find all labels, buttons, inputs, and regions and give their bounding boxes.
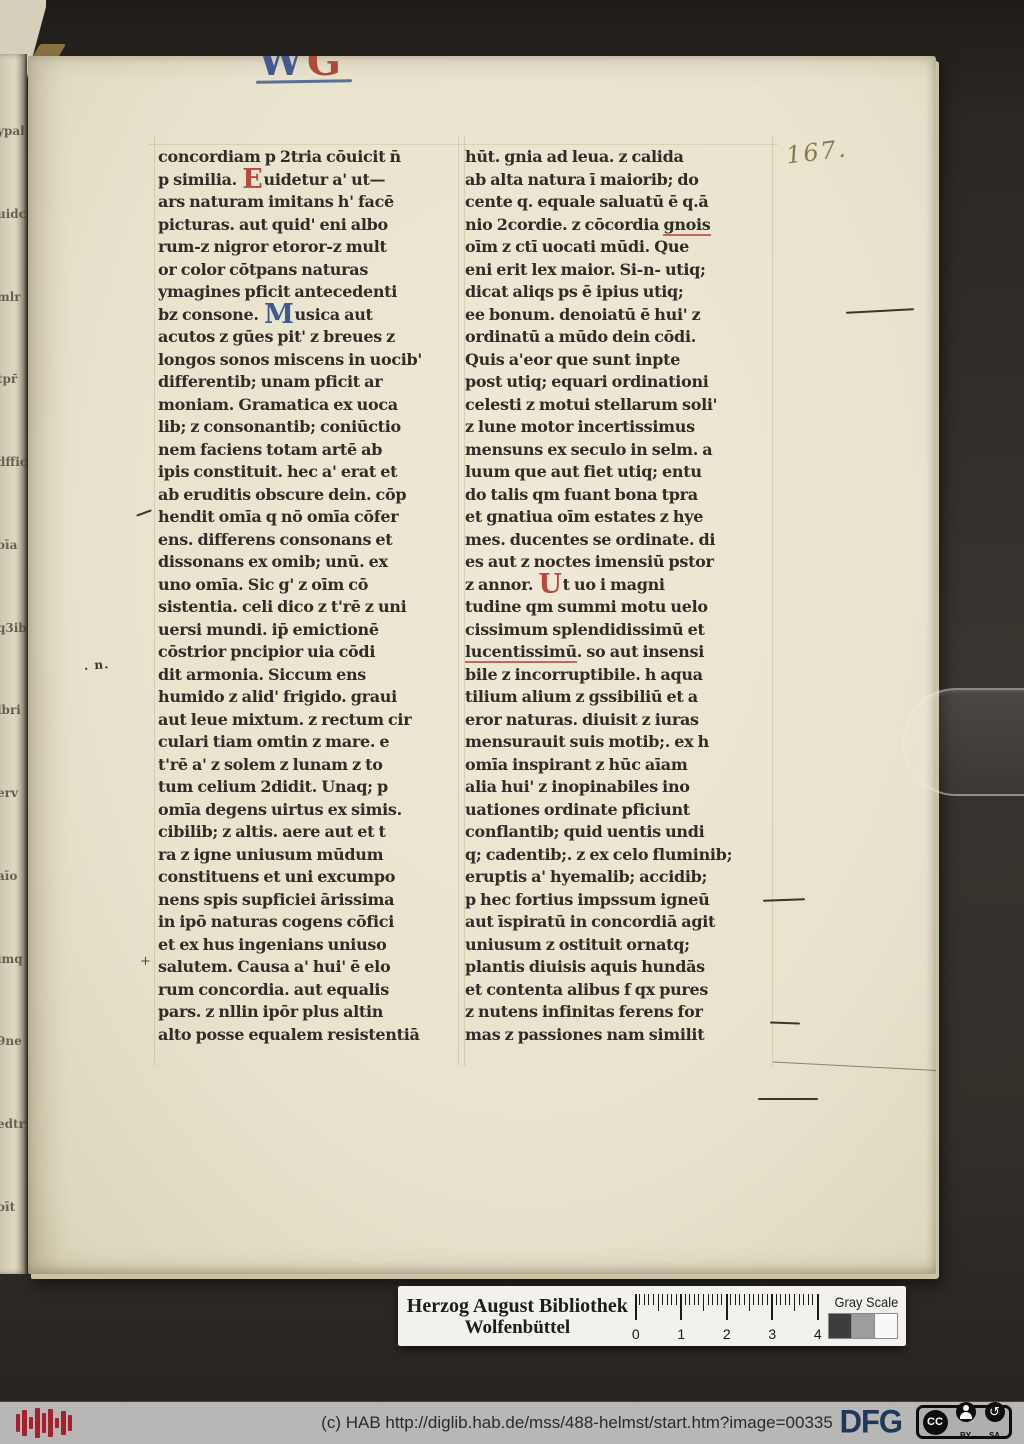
manuscript-text-line: lib; z consonantib; coniūctio bbox=[158, 416, 458, 439]
text-segment: concordiam p 2tria cōuicit n̄ bbox=[158, 147, 401, 166]
edge-text-fragment: oīt bbox=[0, 1200, 21, 1214]
manuscript-text-line: tudine qm summi motu uelo bbox=[465, 596, 769, 619]
ruler-tick bbox=[794, 1294, 795, 1311]
text-segment: cente q. equale saluatū ē q.ā bbox=[465, 192, 708, 211]
margin-mark bbox=[136, 509, 152, 516]
ruler-tick bbox=[639, 1294, 640, 1305]
manuscript-text-line: sistentia. celi dico z t'rē z uni bbox=[158, 596, 458, 619]
digitized-manuscript-photo: ypaluidcmlrtpr̄dfficloīaq3iblbriervaīoim… bbox=[0, 0, 1024, 1444]
ruler-tick bbox=[676, 1294, 677, 1305]
manuscript-page: WG 167. . n. concordiam p 2tria cōuicit … bbox=[28, 56, 936, 1274]
manuscript-text-line: rum-z nigror etoror-z mult bbox=[158, 236, 458, 259]
text-segment: p hec fortius impssum igneū bbox=[465, 890, 710, 909]
text-segment: t'rē a' z solem z lunam z to bbox=[158, 755, 383, 774]
text-segment: mensuns ex seculo in selm. a bbox=[465, 440, 712, 459]
text-segment: ee bonum. denoiatū ē hui' z bbox=[465, 305, 700, 324]
margin-mark bbox=[763, 898, 805, 901]
manuscript-text-line: mes. ducentes se ordinate. di bbox=[465, 529, 769, 552]
text-segment: ra z igne uniusum mūdum bbox=[158, 845, 383, 864]
manuscript-text-line: uno omīa. Sic g' z oīm cō bbox=[158, 574, 458, 597]
ruler-tick bbox=[689, 1294, 690, 1305]
edge-text-fragment: lbri bbox=[0, 703, 21, 717]
manuscript-text-line: in ipō naturas cogens cōfici bbox=[158, 911, 458, 934]
text-segment: et gnatiua oīm estates z hye bbox=[465, 507, 703, 526]
text-segment: luum que aut fiet utiq; entu bbox=[465, 462, 702, 481]
manuscript-text-line: hendit omīa q nō omīa cōfer bbox=[158, 506, 458, 529]
text-segment: do talis qm fuant bona tpra bbox=[465, 485, 698, 504]
gray-scale-swatch bbox=[874, 1313, 898, 1339]
edge-text-fragment: q3ib bbox=[0, 621, 21, 635]
manuscript-text-line: alto posse equalem resistentiā bbox=[158, 1024, 458, 1047]
ruler-number: 4 bbox=[814, 1326, 822, 1342]
text-segment: z annor. bbox=[465, 575, 537, 594]
manuscript-text-line: p hec fortius impssum igneū bbox=[465, 889, 769, 912]
gray-scale-label: Gray Scale bbox=[834, 1294, 898, 1310]
manuscript-text-line: bz consone. Musica aut bbox=[158, 304, 458, 327]
manuscript-text-line: z lune motor incertissimus bbox=[465, 416, 769, 439]
text-segment: mensurauit suis motib;. ex h bbox=[465, 732, 709, 751]
ruler-tick bbox=[785, 1294, 786, 1305]
manuscript-text-line: culari tiam omtin z mare. e bbox=[158, 731, 458, 754]
manuscript-text-line: dicat aliqs ps ē ipius utiq; bbox=[465, 281, 769, 304]
scale-card: Herzog August Bibliothek Wolfenbüttel 01… bbox=[398, 1286, 906, 1346]
ruler-tick bbox=[653, 1294, 654, 1305]
manuscript-text-line: ordinatū a mūdo dein cōdi. bbox=[465, 326, 769, 349]
manuscript-text-line: or color cōtpans naturas bbox=[158, 259, 458, 282]
ruling-line bbox=[772, 136, 773, 1066]
edge-text-fragment: uidc bbox=[0, 207, 21, 221]
cc-sa-sharealike: ↺ SA bbox=[984, 1405, 1006, 1439]
text-segment: lucentissimū bbox=[465, 642, 577, 663]
text-segment: rum concordia. aut equalis bbox=[158, 980, 389, 999]
gray-scale-swatch bbox=[828, 1313, 852, 1339]
ruler-tick bbox=[739, 1294, 740, 1305]
manuscript-text-line: oīm z ctī uocati mūdi. Que bbox=[465, 236, 769, 259]
text-segment: ens. differens consonans et bbox=[158, 530, 392, 549]
margin-mark: + bbox=[140, 954, 151, 969]
edge-text-fragment: imq bbox=[0, 952, 21, 966]
text-segment: et contenta alibus f qx pures bbox=[465, 980, 708, 999]
text-segment: tilium alium z gssibiliū et a bbox=[465, 687, 698, 706]
text-segment: alto posse equalem resistentiā bbox=[158, 1025, 420, 1044]
manuscript-text-line: et gnatiua oīm estates z hye bbox=[465, 506, 769, 529]
text-segment: constituens et uni excumpo bbox=[158, 867, 395, 886]
text-segment: uidetur a' ut— bbox=[264, 170, 386, 189]
margin-mark bbox=[758, 1098, 818, 1100]
text-segment: bile z incorruptibile. h aqua bbox=[465, 665, 703, 684]
facing-page-edge: ypaluidcmlrtpr̄dfficloīaq3iblbriervaīoim… bbox=[0, 54, 27, 1274]
text-segment: humido z alid' frigido. graui bbox=[158, 687, 397, 706]
manuscript-text-line: aut leue mixtum. z rectum cir bbox=[158, 709, 458, 732]
text-segment: pars. z nllin ipōr plus altin bbox=[158, 1002, 383, 1021]
manuscript-text-line: tilium alium z gssibiliū et a bbox=[465, 686, 769, 709]
ruler-tick bbox=[753, 1294, 754, 1305]
text-segment: aut leue mixtum. z rectum cir bbox=[158, 710, 411, 729]
dfg-logo: DFG bbox=[840, 1403, 902, 1441]
manuscript-text-line: bile z incorruptibile. h aqua bbox=[465, 664, 769, 687]
text-segment: dit armonia. Siccum ens bbox=[158, 665, 366, 684]
text-segment: alia hui' z inopinabiles ino bbox=[465, 777, 690, 796]
edge-text-fragment: oīa bbox=[0, 538, 21, 552]
text-segment: tum celium 2didit. Unaq; p bbox=[158, 777, 388, 796]
manuscript-text-line: ens. differens consonans et bbox=[158, 529, 458, 552]
share-alike-arrow-icon: ↺ bbox=[985, 1402, 1005, 1422]
manuscript-text-line: Quis a'eor que sunt inpte bbox=[465, 349, 769, 372]
text-segment: celesti z motui stellarum soli' bbox=[465, 395, 717, 414]
manuscript-text-line: plantis diuisis aquis hundās bbox=[465, 956, 769, 979]
ruler-tick bbox=[662, 1294, 663, 1305]
manuscript-text-line: aut īspiratū in concordiā agit bbox=[465, 911, 769, 934]
ruler-tick bbox=[703, 1294, 704, 1311]
edge-text-fragment: mlr bbox=[0, 290, 21, 304]
text-segment: in ipō naturas cogens cōfici bbox=[158, 912, 394, 931]
text-segment: cōstrior pncipior uia cōdi bbox=[158, 642, 375, 661]
text-segment: ab eruditis obscure dein. cōp bbox=[158, 485, 406, 504]
cc-by-attribution: BY bbox=[955, 1405, 977, 1439]
manuscript-text-line: alia hui' z inopinabiles ino bbox=[465, 776, 769, 799]
manuscript-text-line: ab alta natura ī maiorib; do bbox=[465, 169, 769, 192]
text-segment: nio 2cordie. z cōcordia bbox=[465, 215, 663, 234]
text-segment: ipis constituit. hec a' erat et bbox=[158, 462, 397, 481]
ruler-tick bbox=[744, 1294, 745, 1305]
edge-text-fragment: erv bbox=[0, 786, 21, 800]
manuscript-text-line: uationes ordinate pficiunt bbox=[465, 799, 769, 822]
text-segment: sistentia. celi dico z t'rē z uni bbox=[158, 597, 406, 616]
ruler-tick bbox=[698, 1294, 699, 1305]
page-holder-clip bbox=[902, 688, 1024, 796]
institution-name: Herzog August Bibliothek Wolfenbüttel bbox=[406, 1295, 629, 1338]
margin-note: . n. bbox=[84, 657, 110, 673]
ruler-tick bbox=[767, 1294, 768, 1305]
text-segment: acutos z gūes pit' z breues z bbox=[158, 327, 395, 346]
manuscript-text-line: mas z passiones nam similit bbox=[465, 1024, 769, 1047]
text-segment: eni erit lex maior. Si-n- utiq; bbox=[465, 260, 706, 279]
text-segment: nem faciens totam artē ab bbox=[158, 440, 382, 459]
manuscript-text-line: eruptis a' hyemalib; accidib; bbox=[465, 866, 769, 889]
ruling-line bbox=[148, 144, 778, 145]
ruler-tick bbox=[726, 1294, 728, 1320]
text-segment: ars naturam imitans h' facē bbox=[158, 192, 394, 211]
margin-mark bbox=[846, 308, 914, 314]
ruler-number: 3 bbox=[768, 1326, 776, 1342]
manuscript-text-line: ra z igne uniusum mūdum bbox=[158, 844, 458, 867]
text-segment: uno omīa. Sic g' z oīm cō bbox=[158, 575, 368, 594]
manuscript-text-line: ars naturam imitans h' facē bbox=[158, 191, 458, 214]
manuscript-text-line: mensuns ex seculo in selm. a bbox=[465, 439, 769, 462]
ruler-number: 2 bbox=[723, 1326, 731, 1342]
ruler-tick bbox=[780, 1294, 781, 1305]
ruling-line bbox=[154, 136, 155, 1066]
manuscript-text-line: humido z alid' frigido. graui bbox=[158, 686, 458, 709]
manuscript-text-line: ipis constituit. hec a' erat et bbox=[158, 461, 458, 484]
text-segment: conflantib; quid uentis undi bbox=[465, 822, 704, 841]
text-segment: mes. ducentes se ordinate. di bbox=[465, 530, 715, 549]
institution-line1: Herzog August Bibliothek bbox=[406, 1295, 629, 1317]
text-segment: ab alta natura ī maiorib; do bbox=[465, 170, 699, 189]
edge-text-fragment: ypal bbox=[0, 124, 21, 138]
ruler-tick bbox=[817, 1294, 819, 1320]
folio-number: 167. bbox=[785, 134, 849, 169]
ruler-tick bbox=[671, 1294, 672, 1305]
text-segment: bz consone. bbox=[158, 305, 263, 324]
ruler-tick bbox=[712, 1294, 713, 1305]
manuscript-text-line: cibilib; z altis. aere aut et t bbox=[158, 821, 458, 844]
ruler-tick bbox=[812, 1294, 813, 1305]
text-segment: uniusum z ostituit ornatq; bbox=[465, 935, 690, 954]
text-segment: es aut z noctes imensiū pstor bbox=[465, 552, 714, 571]
manuscript-text-line: uersi mundi. ip̄ emictionē bbox=[158, 619, 458, 642]
cc-icon: CC bbox=[923, 1410, 948, 1435]
manuscript-text-line: hūt. gnia ad leua. z calida bbox=[465, 146, 769, 169]
text-segment: et ex hus ingenians uniuso bbox=[158, 935, 387, 954]
edge-text-fragment: dfficl bbox=[0, 455, 21, 469]
text-segment: differentib; unam pficit ar bbox=[158, 372, 382, 391]
text-segment: q; cadentib;. z ex celo fluminib; bbox=[465, 845, 732, 864]
text-segment: t uo i magni bbox=[563, 575, 665, 594]
text-segment: post utiq; equari ordinationi bbox=[465, 372, 709, 391]
manuscript-text-line: eror naturas. diuisit z iuras bbox=[465, 709, 769, 732]
text-segment: rum-z nigror etoror-z mult bbox=[158, 237, 387, 256]
manuscript-text-line: lucentissimū. so aut insensi bbox=[465, 641, 769, 664]
text-segment: omīa degens uirtus ex simis. bbox=[158, 800, 402, 819]
manuscript-text-line: luum que aut fiet utiq; entu bbox=[465, 461, 769, 484]
text-segment: Quis a'eor que sunt inpte bbox=[465, 350, 680, 369]
manuscript-text-line: z nutens infinitas ferens for bbox=[465, 1001, 769, 1024]
text-segment: usica aut bbox=[295, 305, 373, 324]
manuscript-text-line: constituens et uni excumpo bbox=[158, 866, 458, 889]
text-segment: culari tiam omtin z mare. e bbox=[158, 732, 389, 751]
ruler-tick bbox=[730, 1294, 731, 1305]
manuscript-text-line: nens spis supficiei ārissima bbox=[158, 889, 458, 912]
ruler-tick bbox=[708, 1294, 709, 1305]
manuscript-text-line: picturas. aut quid' eni albo bbox=[158, 214, 458, 237]
manuscript-text-line: uniusum z ostituit ornatq; bbox=[465, 934, 769, 957]
ruler-tick bbox=[685, 1294, 686, 1305]
manuscript-text-line: dit armonia. Siccum ens bbox=[158, 664, 458, 687]
manuscript-text-line: es aut z noctes imensiū pstor bbox=[465, 551, 769, 574]
text-column-left: concordiam p 2tria cōuicit n̄p similia. … bbox=[158, 146, 458, 1046]
manuscript-text-line: omīa inspirant z hūc aīam bbox=[465, 754, 769, 777]
manuscript-text-line: acutos z gūes pit' z breues z bbox=[158, 326, 458, 349]
copyright-bar: (c) HAB http://diglib.hab.de/mss/488-hel… bbox=[0, 1402, 1024, 1444]
text-segment: z lune motor incertissimus bbox=[465, 417, 695, 436]
manuscript-text-line: ab eruditis obscure dein. cōp bbox=[158, 484, 458, 507]
ruler-tick bbox=[803, 1294, 804, 1305]
manuscript-text-line: longos sonos miscens in uocib' bbox=[158, 349, 458, 372]
text-column-right: hūt. gnia ad leua. z calidaab alta natur… bbox=[465, 146, 769, 1046]
ruling-line bbox=[458, 136, 459, 1066]
manuscript-text-line: nio 2cordie. z cōcordia gnois bbox=[465, 214, 769, 237]
manuscript-text-line: cissimum splendidissimū et bbox=[465, 619, 769, 642]
manuscript-text-line: et ex hus ingenians uniuso bbox=[158, 934, 458, 957]
cc-sa-label: SA bbox=[989, 1431, 1000, 1440]
text-segment: uersi mundi. ip̄ emictionē bbox=[158, 620, 379, 639]
ruler-tick bbox=[771, 1294, 773, 1320]
ruler-tick bbox=[694, 1294, 695, 1305]
manuscript-text-line: eni erit lex maior. Si-n- utiq; bbox=[465, 259, 769, 282]
text-segment: plantis diuisis aquis hundās bbox=[465, 957, 705, 976]
text-segment: z nutens infinitas ferens for bbox=[465, 1002, 703, 1021]
manuscript-text-line: cente q. equale saluatū ē q.ā bbox=[465, 191, 769, 214]
manuscript-text-line: differentib; unam pficit ar bbox=[158, 371, 458, 394]
ruler-tick bbox=[789, 1294, 790, 1305]
manuscript-text-line: pars. z nllin ipōr plus altin bbox=[158, 1001, 458, 1024]
text-segment: lib; z consonantib; coniūctio bbox=[158, 417, 401, 436]
edge-text-fragment: aīo bbox=[0, 869, 21, 883]
manuscript-text-line: ymagines pficit antecedenti bbox=[158, 281, 458, 304]
manuscript-text-line: conflantib; quid uentis undi bbox=[465, 821, 769, 844]
gray-scale-swatches bbox=[829, 1313, 898, 1339]
ruler-tick bbox=[808, 1294, 809, 1305]
text-segment: dissonans ex omib; unū. ex bbox=[158, 552, 388, 571]
ruler-tick bbox=[776, 1294, 777, 1305]
edge-text-fragment: edtr bbox=[0, 1117, 21, 1131]
ruler-tick bbox=[735, 1294, 736, 1305]
text-segment: eruptis a' hyemalib; accidib; bbox=[465, 867, 707, 886]
manuscript-text-line: rum concordia. aut equalis bbox=[158, 979, 458, 1002]
manuscript-text-line: cōstrior pncipior uia cōdi bbox=[158, 641, 458, 664]
gray-scale-swatch bbox=[851, 1313, 875, 1339]
text-segment: eror naturas. diuisit z iuras bbox=[465, 710, 699, 729]
manuscript-text-line: p similia. Euidetur a' ut— bbox=[158, 169, 458, 192]
manuscript-text-line: moniam. Gramatica ex uoca bbox=[158, 394, 458, 417]
manuscript-text-line: nem faciens totam artē ab bbox=[158, 439, 458, 462]
ruler-number: 0 bbox=[632, 1326, 640, 1342]
text-segment: . so aut insensi bbox=[577, 642, 704, 661]
margin-mark bbox=[773, 1061, 936, 1075]
ruler-tick bbox=[799, 1294, 800, 1305]
text-segment: or color cōtpans naturas bbox=[158, 260, 368, 279]
text-segment: p similia. bbox=[158, 170, 241, 189]
manuscript-text-line: q; cadentib;. z ex celo fluminib; bbox=[465, 844, 769, 867]
manuscript-text-line: t'rē a' z solem z lunam z to bbox=[158, 754, 458, 777]
text-segment: oīm z ctī uocati mūdi. Que bbox=[465, 237, 689, 256]
text-segment: picturas. aut quid' eni albo bbox=[158, 215, 388, 234]
manuscript-text-line: z annor. Ut uo i magni bbox=[465, 574, 769, 597]
text-segment: gnois bbox=[663, 215, 710, 236]
manuscript-text-line: celesti z motui stellarum soli' bbox=[465, 394, 769, 417]
ruler-tick bbox=[749, 1294, 750, 1311]
text-segment: dicat aliqs ps ē ipius utiq; bbox=[465, 282, 684, 301]
text-segment: nens spis supficiei ārissima bbox=[158, 890, 394, 909]
text-segment: hūt. gnia ad leua. z calida bbox=[465, 147, 684, 166]
ruler-tick bbox=[721, 1294, 722, 1305]
text-segment: tudine qm summi motu uelo bbox=[465, 597, 708, 616]
ruler-tick bbox=[667, 1294, 668, 1305]
cc-license-badge: CC BY ↺ SA bbox=[916, 1405, 1012, 1439]
manuscript-text-line: tum celium 2didit. Unaq; p bbox=[158, 776, 458, 799]
manuscript-text-line: ee bonum. denoiatū ē hui' z bbox=[465, 304, 769, 327]
manuscript-text-line: dissonans ex omib; unū. ex bbox=[158, 551, 458, 574]
text-segment: mas z passiones nam similit bbox=[465, 1025, 704, 1044]
ruler-tick bbox=[658, 1294, 659, 1311]
text-segment: M bbox=[263, 299, 295, 330]
text-segment: cissimum splendidissimū et bbox=[465, 620, 705, 639]
ruler-tick bbox=[717, 1294, 718, 1305]
ruler-tick bbox=[762, 1294, 763, 1305]
institution-line2: Wolfenbüttel bbox=[406, 1317, 629, 1338]
cc-by-label: BY bbox=[960, 1431, 971, 1440]
ruler-tick bbox=[758, 1294, 759, 1305]
text-segment: moniam. Gramatica ex uoca bbox=[158, 395, 398, 414]
manuscript-text-line: et contenta alibus f qx pures bbox=[465, 979, 769, 1002]
ruler-number: 1 bbox=[677, 1326, 685, 1342]
text-segment: aut īspiratū in concordiā agit bbox=[465, 912, 715, 931]
text-segment: longos sonos miscens in uocib' bbox=[158, 350, 422, 369]
text-segment: ordinatū a mūdo dein cōdi. bbox=[465, 327, 696, 346]
text-segment: uationes ordinate pficiunt bbox=[465, 800, 690, 819]
text-segment: U bbox=[537, 569, 562, 600]
ruler-tick bbox=[635, 1294, 637, 1320]
manuscript-text-line: do talis qm fuant bona tpra bbox=[465, 484, 769, 507]
ruler-tick bbox=[644, 1294, 645, 1305]
person-icon bbox=[956, 1402, 976, 1422]
cm-ruler: 01234 bbox=[633, 1290, 817, 1342]
text-segment: E bbox=[241, 164, 263, 195]
manuscript-text-line: concordiam p 2tria cōuicit n̄ bbox=[158, 146, 458, 169]
ruler-tick bbox=[680, 1294, 682, 1320]
edge-text-fragment: 9ne bbox=[0, 1034, 21, 1048]
manuscript-text-line: mensurauit suis motib;. ex h bbox=[465, 731, 769, 754]
manuscript-text-line: salutem. Causa a' hui' ē elo bbox=[158, 956, 458, 979]
manuscript-text-line: omīa degens uirtus ex simis. bbox=[158, 799, 458, 822]
margin-mark bbox=[770, 1021, 800, 1024]
edge-text-fragment: tpr̄ bbox=[0, 372, 21, 386]
gray-scale-block: Gray Scale bbox=[823, 1294, 898, 1339]
manuscript-text-line: post utiq; equari ordinationi bbox=[465, 371, 769, 394]
text-segment: salutem. Causa a' hui' ē elo bbox=[158, 957, 390, 976]
text-segment: cibilib; z altis. aere aut et t bbox=[158, 822, 386, 841]
text-segment: hendit omīa q nō omīa cōfer bbox=[158, 507, 398, 526]
ruler-tick bbox=[648, 1294, 649, 1305]
text-segment: omīa inspirant z hūc aīam bbox=[465, 755, 687, 774]
